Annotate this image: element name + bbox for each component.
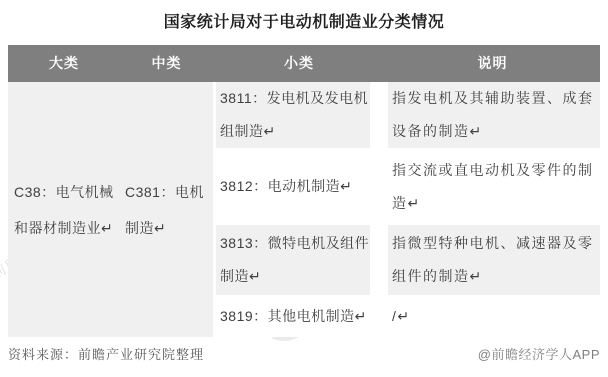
description-cell-3819: /↵ — [388, 295, 600, 337]
page-title: 国家统计局对于电动机制造业分类情况 — [0, 9, 608, 32]
source-note: 资料来源：前瞻产业研究院整理 — [8, 344, 204, 363]
table-header: 大类 中类 小类 说明 — [8, 45, 600, 82]
description-cell-3811: 指发电机及其辅助装置、成套 设备的制造↵ — [388, 82, 600, 148]
description-cell-3813: 指微型特种电机、减速器及零 组件的制造↵ — [388, 225, 600, 295]
major-category-cell: C38：电气机械 和器材制造业↵ — [14, 174, 136, 246]
column-header-description: 说明 — [385, 45, 600, 82]
column-header-major-category: 大类 — [8, 45, 120, 82]
app-credit: @前瞻经济学人APP — [478, 344, 600, 363]
column-header-small-category: 小类 — [213, 45, 385, 82]
description-cell-3812: 指交流或直电动机及零件的制 造↵ — [388, 148, 600, 225]
column-header-middle-category: 中类 — [120, 45, 213, 82]
classification-infographic: 国家统计局对于电动机制造业分类情况 前瞻产业研究院 前瞻产业研究院 前瞻产业研究… — [0, 0, 608, 377]
small-category-cell-3813: 3813：微特电机及组件 制造↵ — [216, 225, 370, 295]
middle-category-cell: C381：电机 制造↵ — [125, 174, 211, 246]
small-category-cell-3812: 3812：电动机制造↵ — [216, 148, 370, 225]
small-category-cell-3811: 3811：发电机及发电机 组制造↵ — [216, 82, 370, 148]
merged-category-block: C38：电气机械 和器材制造业↵ C381：电机 制造↵ — [8, 82, 213, 337]
small-category-cell-3819: 3819：其他电机制造↵ — [216, 295, 370, 337]
